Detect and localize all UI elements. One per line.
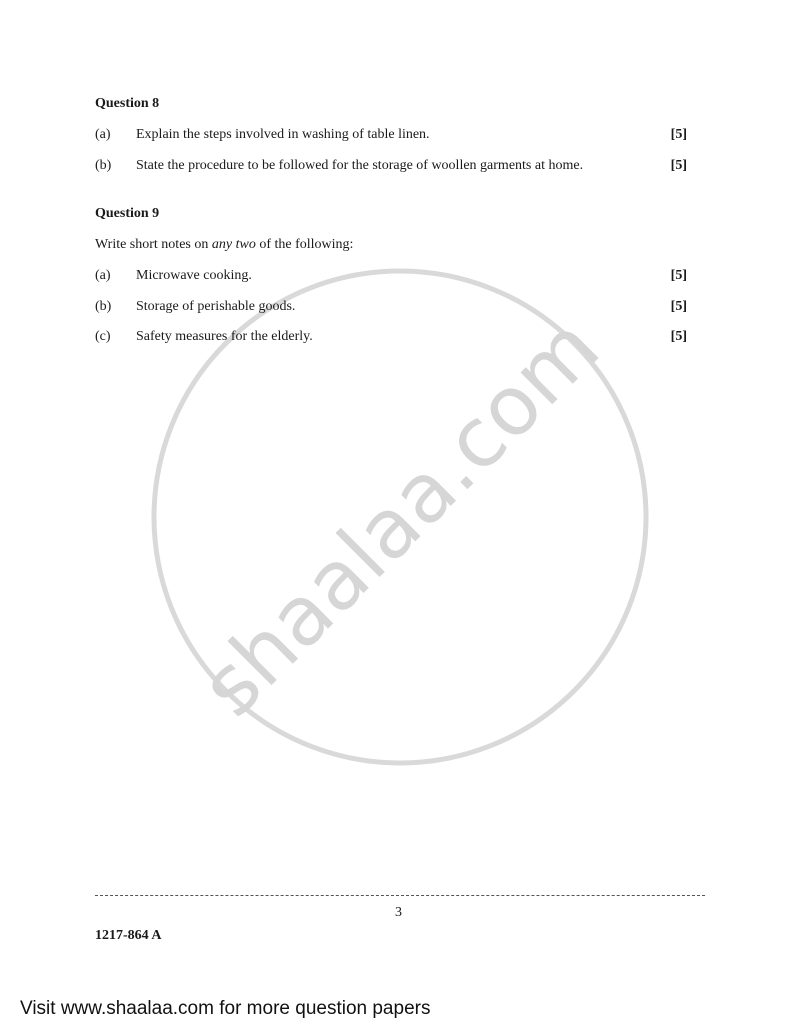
part-label: (a) [95,127,111,143]
question-8-part-b: (b) State the procedure to be followed f… [95,158,690,176]
part-label: (b) [95,158,111,174]
question-paper-page: shaalaa.com Question 8 (a) Explain the s… [0,0,800,1035]
part-marks: [5] [671,268,687,284]
question-9-instruction: Write short notes on any two of the foll… [95,237,353,253]
part-label: (a) [95,268,111,284]
watermark-stamp: shaalaa.com [0,0,800,1035]
part-text: Safety measures for the elderly. [136,329,313,345]
part-text: Microwave cooking. [136,268,252,284]
watermark-text: shaalaa.com [183,300,618,735]
part-text: Explain the steps involved in washing of… [136,127,430,143]
question-8-heading: Question 8 [95,96,159,112]
part-label: (b) [95,299,111,315]
part-marks: [5] [671,329,687,345]
part-marks: [5] [671,158,687,174]
instruction-emphasis: any two [212,237,256,252]
question-9-heading: Question 9 [95,206,159,222]
paper-code: 1217-864 A [95,928,162,944]
question-9-part-a: (a) Microwave cooking. [5] [95,268,690,286]
question-9-part-c: (c) Safety measures for the elderly. [5] [95,329,690,347]
part-marks: [5] [671,127,687,143]
question-8-part-a: (a) Explain the steps involved in washin… [95,127,690,145]
page-number: 3 [395,905,402,921]
footer-divider [95,895,705,896]
part-marks: [5] [671,299,687,315]
instruction-text-end: of the following: [256,237,354,252]
instruction-text: Write short notes on [95,237,212,252]
question-9-part-b: (b) Storage of perishable goods. [5] [95,299,690,317]
part-text: State the procedure to be followed for t… [136,158,583,174]
part-text: Storage of perishable goods. [136,299,295,315]
part-label: (c) [95,329,111,345]
promo-banner: Visit www.shaalaa.com for more question … [20,998,430,1020]
